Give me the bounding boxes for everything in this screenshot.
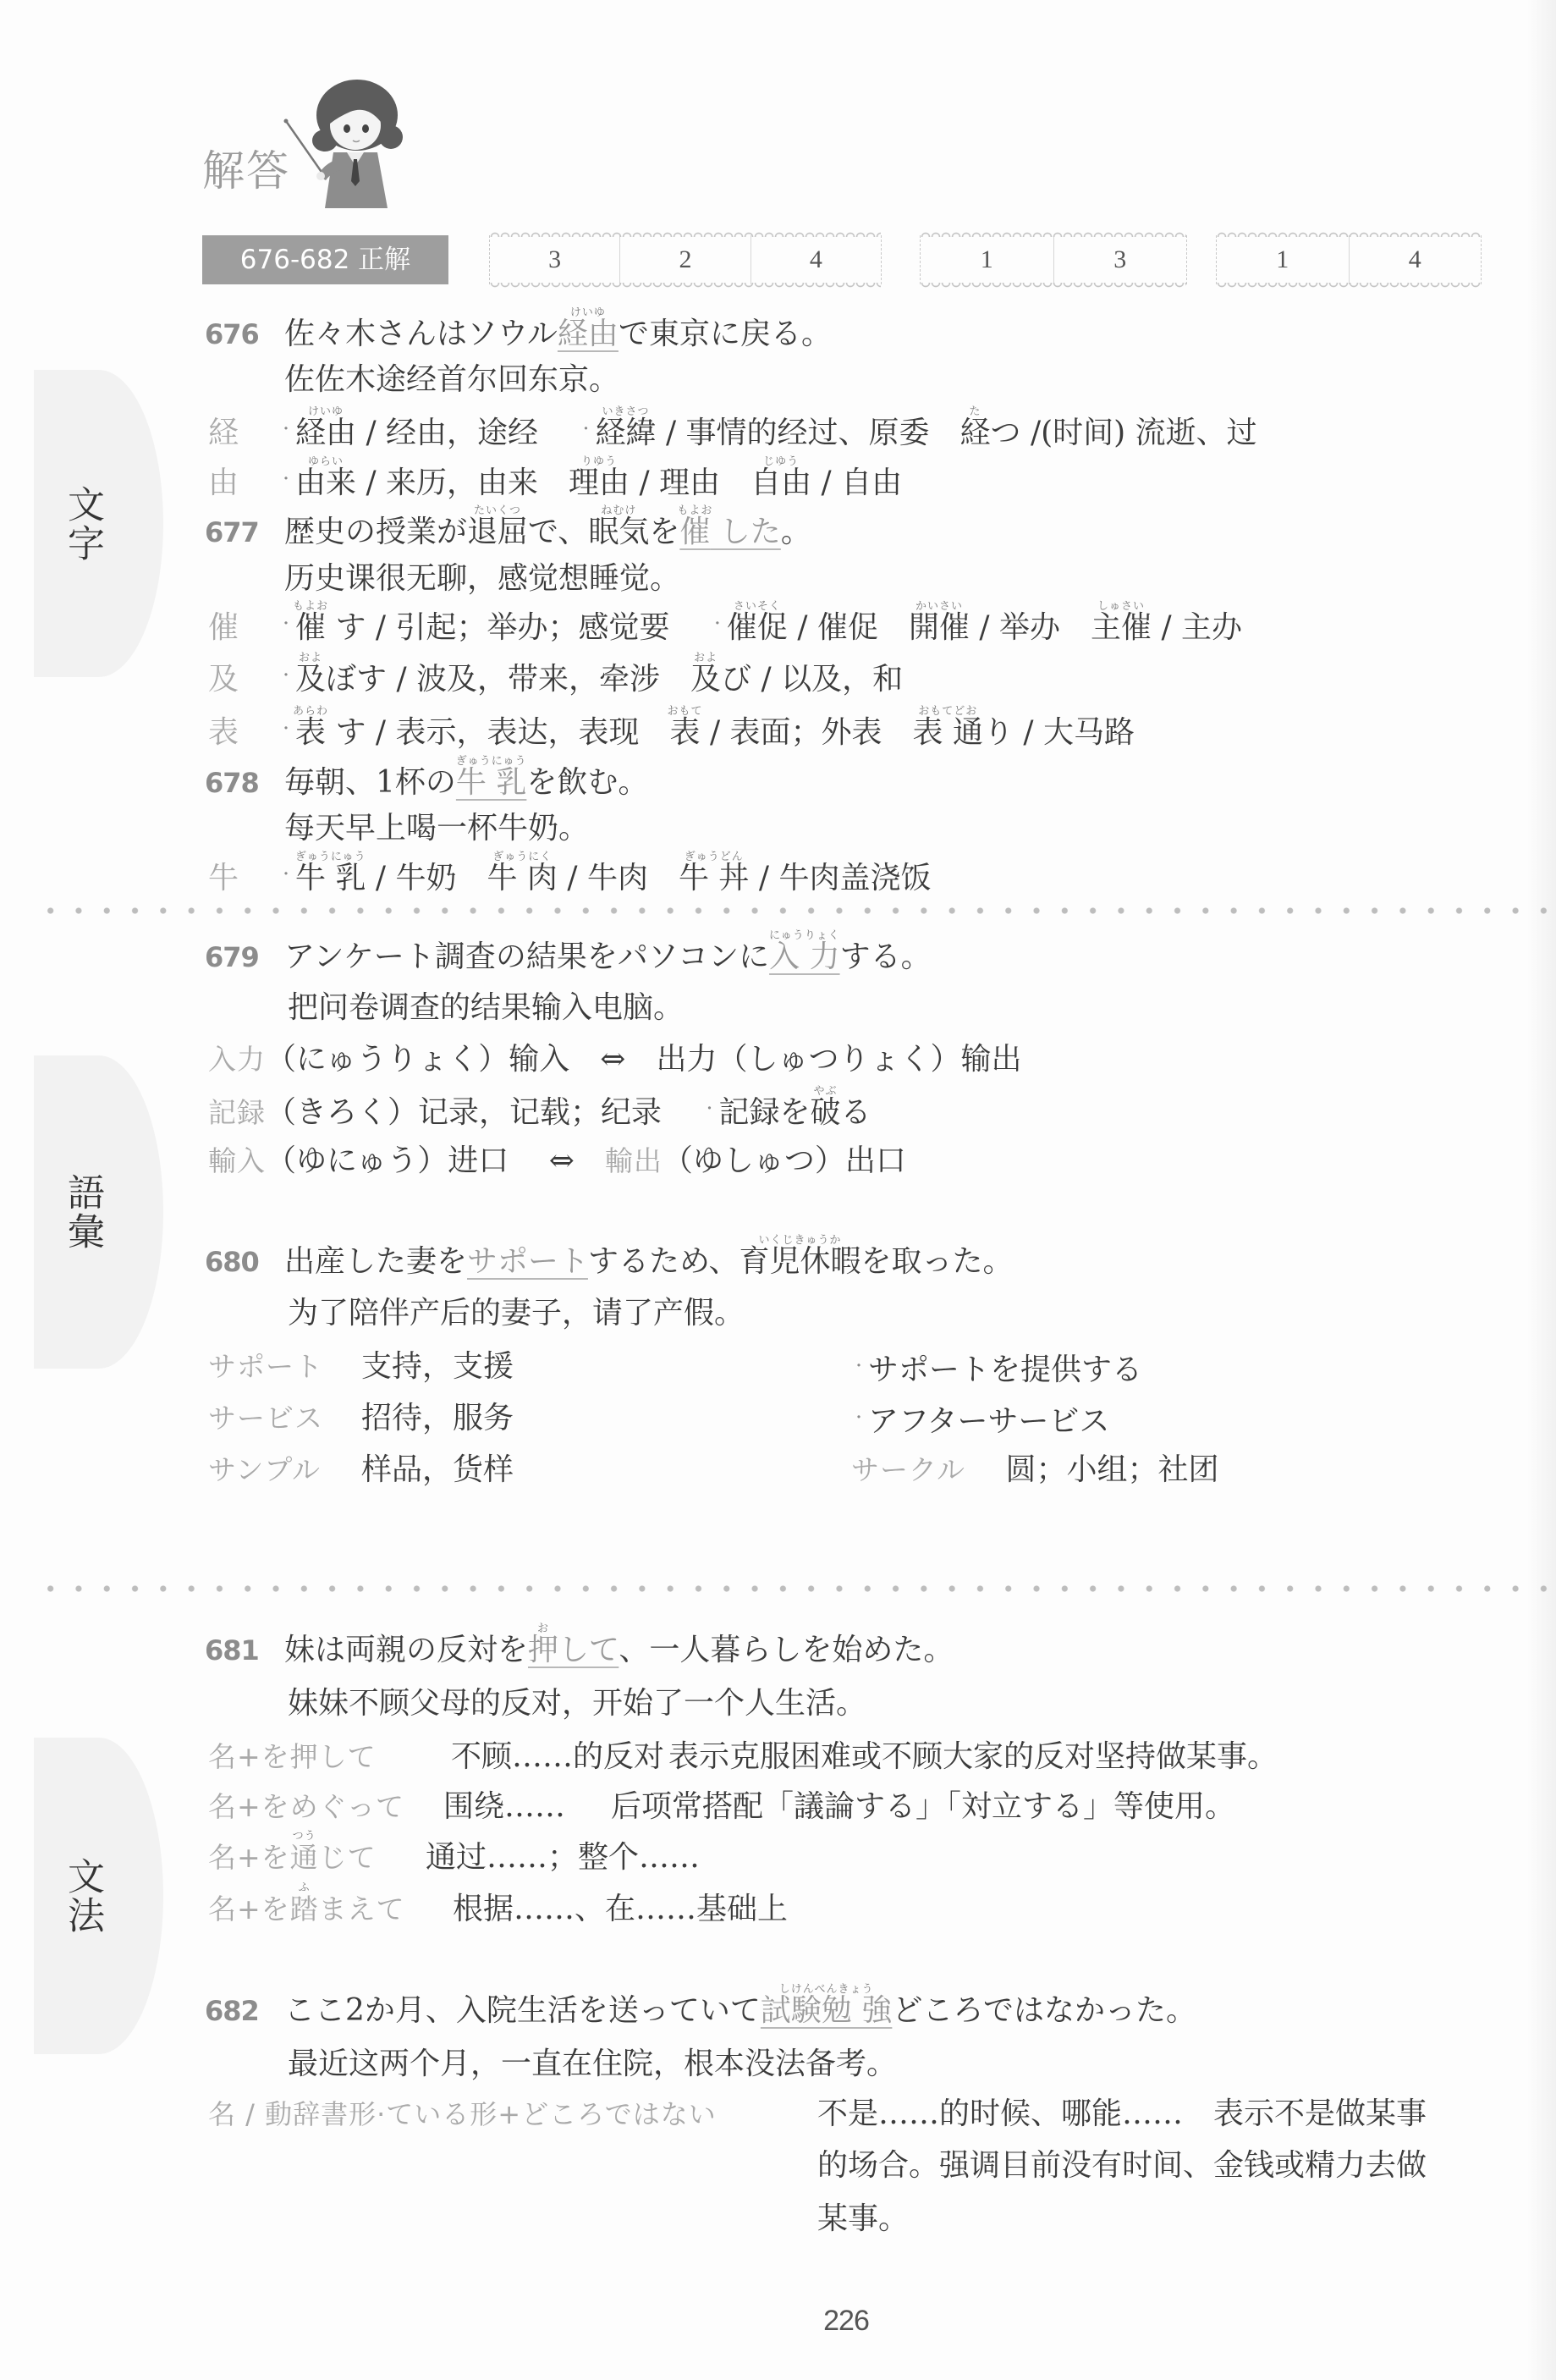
kanji-note-items: ・催もよお す / 引起；举办；感觉要 ・催促さいそく / 催促 開催かいさい …	[278, 610, 1242, 645]
grammar-pattern: 名+を通つうじて	[208, 1837, 377, 1879]
text-run: / 牛肉	[558, 861, 679, 895]
text-run: / 主办	[1152, 610, 1242, 645]
kanji-note-row: 表・表あらわ す / 表示，表达，表现 表おもて / 表面；外表 表 通おもてど…	[208, 708, 1135, 751]
furigana: おもてどお	[896, 706, 1000, 718]
translation: 最近这两个月，一直在住院，根本没法备考。	[288, 2043, 897, 2085]
side-tab-bunpou: 文法	[34, 1738, 163, 2054]
answer-cell: 4	[751, 235, 881, 284]
word: 催促さいそく	[727, 607, 788, 649]
word: 開催かいさい	[909, 607, 970, 649]
bullet-dot-icon: ・	[851, 1409, 866, 1427]
word: 経緯いきさつ	[595, 412, 656, 455]
target-word: 経由けいゆ	[558, 313, 619, 355]
ruby-base: 入 力	[769, 939, 839, 974]
question-number: 681	[205, 1629, 284, 1672]
vocab-row: サポート支持，支援	[208, 1346, 514, 1388]
bullet-dot-icon: ・	[278, 866, 294, 884]
word: 催もよお	[295, 607, 326, 649]
side-tab-goi: 語彙	[34, 1055, 163, 1369]
text-run: り / 大马路	[983, 715, 1135, 750]
text-run: を	[649, 515, 679, 549]
answer-group: 1 4	[1216, 235, 1482, 284]
page-edge-shadow	[1527, 0, 1556, 2380]
grammar-pattern: 名+を押して	[208, 1736, 377, 1778]
vocab-row: 記録（きろく）记录，记载；纪录 ・記録を破やぶる	[208, 1088, 871, 1131]
text-run: アンケート調査の結果をパソコンに	[284, 939, 769, 974]
vocab-label: サービス	[208, 1397, 361, 1440]
text-run: 、一人暮らしを始めた。	[619, 1633, 954, 1667]
question-number: 679	[205, 936, 284, 978]
ruby-base: 経緯	[595, 416, 656, 450]
text-run: / 催促	[788, 610, 909, 645]
text-run: す / 表示，表达，表现	[326, 715, 669, 750]
furigana: しゅさい	[1074, 601, 1168, 613]
question-sentence: 妹は両親の反対を押おして、一人暮らしを始めた。	[284, 1633, 954, 1667]
bullet-dot-icon: ・	[710, 615, 725, 633]
question-number: 680	[205, 1241, 284, 1283]
gray-label: 名+をめぐって	[208, 1790, 404, 1823]
answer-group: 3 2 4	[489, 235, 882, 284]
vocab-row: サンプル样品，货样	[208, 1449, 514, 1491]
answer-page: 解答 676-682 正解 3 2 4 1 3 1 4 文字 語彙 文法	[0, 0, 1556, 2380]
kanji-label: 及	[208, 658, 278, 701]
vocab-row: サービス招待，服务	[208, 1397, 514, 1440]
vocab-example: サークル 圆；小组；社团	[851, 1449, 1218, 1491]
text-run: （ゆしゅつ）出口	[663, 1143, 906, 1178]
translation: 妹妹不顾父母的反对，开始了一个人生活。	[288, 1683, 866, 1725]
bullet-dot-icon: ・	[278, 471, 294, 488]
text-run: / 事情的经过、原委	[657, 416, 960, 450]
word: 由来ゆらい	[295, 462, 356, 504]
question-sentence: 毎朝、1杯の牛 乳ぎゅうにゅうを飲む。	[284, 765, 648, 800]
text-run: （きろく）记录，记载；纪录	[266, 1095, 701, 1130]
target-word: 催もよお	[679, 511, 710, 554]
ruby-base: 催	[295, 610, 326, 645]
answer-cell: 1	[1217, 235, 1349, 284]
ruby-base: 経由	[558, 317, 619, 351]
vocab-row: 輸入（ゆにゅう）进口 ⇔ 輸出（ゆしゅつ）出口	[208, 1140, 906, 1182]
ruby-base: 牛 肉	[487, 861, 557, 895]
vocab-label: サポート	[208, 1346, 361, 1388]
target-word: した	[710, 515, 780, 549]
text-run: （ゆにゅう）进口 ⇔	[266, 1143, 605, 1178]
furigana: かいさい	[892, 601, 987, 613]
question-row: 679アンケート調査の結果をパソコンに入 力にゅうりょくする。	[205, 936, 932, 978]
furigana: ふ	[273, 1882, 336, 1894]
question-row: 682ここ2か月、入院生活を送っていて試験勉 強しけんべんきょうどころではなかっ…	[205, 1990, 1196, 2032]
translation: 佐佐木途经首尔回东京。	[284, 359, 619, 401]
text-run: ぼす / 波及，带来，牵涉	[326, 662, 690, 697]
ruby-base: 自由	[751, 466, 811, 500]
text-run: 記録を	[718, 1095, 810, 1130]
word: 経た	[960, 412, 991, 455]
ruby-base: 理由	[569, 466, 630, 500]
question-row: 681妹は両親の反対を押おして、一人暮らしを始めた。	[205, 1629, 954, 1672]
text-run: で、	[528, 515, 588, 549]
ruby-base: 主催	[1091, 610, 1152, 645]
kanji-note-items: ・表あらわ す / 表示，表达，表现 表おもて / 表面；外表 表 通おもてどお…	[278, 715, 1135, 750]
text-run: アフターサービス	[868, 1404, 1109, 1439]
furigana: あらわ	[278, 706, 343, 718]
gray-label: 踏ふ	[290, 1888, 319, 1931]
ruby-base: 催	[679, 515, 710, 549]
text-run: するため、	[588, 1244, 740, 1279]
kanji-note-row: 牛・牛 乳ぎゅうにゅう / 牛奶 牛 肉ぎゅうにく / 牛肉 牛 丼ぎゅうどん …	[208, 854, 931, 896]
side-tab-label: 語彙	[63, 1173, 102, 1251]
ruby-base: 表	[669, 715, 700, 750]
grammar-meaning: 围绕……	[443, 1786, 565, 1828]
furigana: やぶ	[793, 1086, 857, 1098]
ruby-base: 退屈	[467, 515, 528, 549]
furigana: けいゆ	[541, 307, 635, 319]
grammar-note: 后项常搭配「議論する」「対立する」等使用。	[611, 1786, 1235, 1828]
furigana: ぎゅうにく	[470, 851, 574, 863]
furigana: た	[943, 406, 1008, 418]
grammar-explanation-line: 某事。	[817, 2198, 909, 2240]
text-run: サポートを提供する	[868, 1353, 1142, 1387]
answer-cell: 1	[921, 235, 1053, 284]
word: 及およ	[690, 658, 721, 701]
target-word: 入 力にゅうりょく	[769, 936, 839, 978]
bullet-dot-icon: ・	[578, 421, 593, 438]
word: 表 通おもてどお	[913, 712, 983, 754]
target-word: サポート	[467, 1244, 588, 1279]
question-number: 676	[205, 313, 284, 355]
text-run: す / 引起；举办；感觉要	[326, 610, 710, 645]
text-run: / 表面；外表	[701, 715, 913, 750]
kanji-label: 由	[208, 462, 278, 504]
kanji-label: 経	[208, 412, 278, 455]
bullet-dot-icon: ・	[701, 1100, 717, 1118]
vocab-example: ・サポートを提供する	[851, 1346, 1142, 1388]
translation: 为了陪伴产后的妻子，请了产假。	[288, 1292, 745, 1335]
ruby-base: 牛 乳	[295, 861, 366, 895]
word: 理由りゆう	[569, 462, 630, 504]
section-divider	[36, 907, 1556, 914]
answer-cell: 3	[1053, 235, 1187, 284]
furigana: じゆう	[734, 456, 828, 468]
kanji-note-items: ・経由けいゆ / 经由，途经 ・経緯いきさつ / 事情的经过、原委 経たつ /(…	[278, 416, 1257, 450]
furigana: たいくつ	[450, 505, 545, 517]
text-run: / 牛奶	[366, 861, 487, 895]
furigana: おもて	[652, 706, 717, 718]
word: 退屈たいくつ	[467, 511, 528, 554]
word: 眠気ねむけ	[588, 511, 649, 554]
kanji-note-items: ・牛 乳ぎゅうにゅう / 牛奶 牛 肉ぎゅうにく / 牛肉 牛 丼ぎゅうどん /…	[278, 861, 931, 895]
gray-label: じて	[319, 1841, 377, 1874]
gray-label: 名+を	[208, 1841, 290, 1874]
question-number: 677	[205, 511, 284, 554]
furigana: つう	[273, 1831, 336, 1843]
vocab-label: サンプル	[208, 1449, 361, 1491]
furigana: もよお	[663, 505, 727, 517]
translation: 每天早上喝一杯牛奶。	[284, 807, 589, 850]
kanji-note-items: ・及およぼす / 波及，带来，牵涉 及および / 以及，和	[278, 662, 903, 697]
section-divider	[36, 1585, 1556, 1592]
page-title: 解答	[202, 144, 290, 198]
kanji-label: 催	[208, 607, 278, 649]
ruby-base: 踏	[290, 1892, 319, 1925]
answer-cell: 3	[490, 235, 619, 284]
grammar-pattern: 名 / 動辞書形·ている形+どころではない	[208, 2093, 717, 2135]
target-word: 試験勉 強しけんべんきょう	[761, 1990, 892, 2032]
word: 表あらわ	[295, 712, 326, 754]
furigana: いきさつ	[578, 406, 673, 418]
furigana: ぎゅうにゅう	[439, 756, 543, 768]
ruby-base: 経由	[295, 416, 356, 450]
word: 破やぶ	[810, 1092, 840, 1134]
furigana: およ	[674, 653, 738, 664]
text-run: 。	[781, 515, 811, 549]
ruby-base: 由来	[295, 466, 356, 500]
text-run: 出産した妻を	[284, 1244, 467, 1279]
furigana: いくじきゅうか	[723, 1235, 878, 1247]
bullet-dot-icon: ・	[278, 667, 294, 685]
question-row: 677歴史の授業が退屈たいくつで、眠気ねむけを催もよお した。	[205, 511, 811, 554]
ruby-base: 牛 丼	[679, 861, 749, 895]
word: 自由じゆう	[751, 462, 811, 504]
grammar-pattern: 名+を踏ふまえて	[208, 1888, 405, 1931]
grammar-meaning: 根据……、在……基础上	[453, 1888, 788, 1931]
question-number: 682	[205, 1990, 284, 2032]
word: 主催しゅさい	[1091, 607, 1152, 649]
bullet-dot-icon: ・	[278, 720, 294, 738]
furigana: およ	[278, 653, 343, 664]
gray-label: 名+を	[208, 1892, 290, 1925]
furigana: ぎゅうにゅう	[278, 851, 382, 863]
word: 育児休暇いくじきゅうか	[740, 1241, 861, 1283]
question-sentence: ここ2か月、入院生活を送っていて試験勉 強しけんべんきょうどころではなかった。	[284, 1993, 1196, 2028]
text-run: る	[840, 1095, 871, 1130]
question-sentence: アンケート調査の結果をパソコンに入 力にゅうりょくする。	[284, 939, 932, 974]
furigana: しけんべんきょう	[744, 1984, 909, 1996]
question-number: 678	[205, 762, 284, 804]
furigana: にゅうりょく	[752, 930, 856, 942]
text-run: どころではなかった。	[892, 1993, 1196, 2028]
ruby-base: 牛 乳	[456, 765, 526, 800]
text-run: 毎朝、1杯の	[284, 765, 456, 800]
furigana: ねむけ	[571, 505, 666, 517]
ruby-base: 通	[290, 1841, 319, 1874]
text-run: / 来历，由来	[356, 466, 569, 500]
side-tab-label: 文法	[63, 1857, 102, 1935]
bullet-dot-icon: ・	[851, 1358, 866, 1375]
grammar-explanation-line: 的场合。强调目前没有时间、金钱或精力去做	[817, 2145, 1427, 2187]
ruby-base: 開催	[909, 610, 970, 645]
text-run: ここ2か月、入院生活を送っていて	[284, 1993, 761, 2028]
text-run: 歴史の授業が	[284, 515, 467, 549]
vocab-example: ・アフターサービス	[851, 1397, 1109, 1440]
text-run: 佐々木さんはソウル	[284, 317, 558, 351]
text-run: / 牛肉盖浇饭	[749, 861, 931, 895]
question-row: 676佐々木さんはソウル経由けいゆで東京に戻る。	[205, 313, 832, 355]
kanji-label: 牛	[208, 857, 278, 900]
text-run: び / 以及，和	[721, 662, 903, 697]
gray-label: 輸出	[605, 1144, 663, 1177]
furigana: もよお	[278, 601, 343, 613]
vocab-definition: 招待，服务	[361, 1401, 514, 1435]
word: 経由けいゆ	[295, 412, 356, 455]
gray-label: 記録	[208, 1096, 266, 1129]
question-sentence: 歴史の授業が退屈たいくつで、眠気ねむけを催もよお した。	[284, 515, 811, 549]
kanji-note-row: 及・及およぼす / 波及，带来，牵涉 及および / 以及，和	[208, 655, 903, 697]
question-row: 680出産した妻をサポートするため、育児休暇いくじきゅうかを取った。	[205, 1241, 1014, 1283]
target-word: して	[558, 1633, 619, 1667]
furigana: りゆう	[552, 456, 646, 468]
target-word: 押お	[528, 1629, 558, 1672]
vocab-definition: 样品，货样	[361, 1452, 514, 1487]
text-run: で東京に戻る。	[619, 317, 832, 351]
gray-label: サークル	[851, 1453, 965, 1486]
answer-cell: 4	[1349, 235, 1482, 284]
gray-label: まえて	[319, 1892, 405, 1925]
furigana: ゆらい	[278, 456, 373, 468]
bullet-dot-icon: ・	[278, 421, 294, 438]
teacher-girl-illustration-icon	[279, 74, 406, 210]
word: 表おもて	[669, 712, 700, 754]
furigana: お	[511, 1623, 575, 1635]
ruby-base: 表 通	[913, 715, 983, 750]
kanji-note-row: 由・由来ゆらい / 来历，由来 理由りゆう / 理由 自由じゆう / 自由	[208, 459, 902, 501]
word: 牛 肉ぎゅうにく	[487, 857, 557, 900]
gray-label: 輸入	[208, 1144, 266, 1177]
word: 及およ	[295, 658, 326, 701]
page-number: 226	[804, 2302, 888, 2339]
text-run: / 理由	[630, 466, 751, 500]
target-word: 牛 乳ぎゅうにゅう	[456, 762, 526, 804]
kanji-note-items: ・由来ゆらい / 来历，由来 理由りゆう / 理由 自由じゆう / 自由	[278, 466, 902, 500]
vocab-definition: 支持，支援	[361, 1349, 514, 1384]
side-tab-label: 文字	[63, 485, 102, 563]
word: 牛 丼ぎゅうどん	[679, 857, 749, 900]
text-run: を飲む。	[526, 765, 648, 800]
vocab-row: 入力（にゅうりょく）输入 ⇔ 出力（しゅつりょく）输出	[208, 1038, 1021, 1081]
word: 牛 乳ぎゅうにゅう	[295, 857, 366, 900]
gray-label: 名+を押して	[208, 1740, 377, 1773]
text-run: を取った。	[861, 1244, 1014, 1279]
ruby-base: 試験勉 強	[761, 1993, 892, 2028]
answer-key-label: 676-682 正解	[202, 235, 448, 284]
answer-cell: 2	[619, 235, 750, 284]
ruby-base: 催促	[727, 610, 788, 645]
furigana: けいゆ	[278, 406, 373, 418]
question-sentence: 佐々木さんはソウル経由けいゆで東京に戻る。	[284, 317, 832, 351]
ruby-base: 押	[528, 1633, 558, 1667]
grammar-note: 表示克服困难或不顾大家的反对坚持做某事。	[668, 1736, 1278, 1778]
gray-label: 入力	[208, 1043, 266, 1076]
ruby-base: 及	[690, 662, 721, 697]
furigana: さいそく	[710, 601, 805, 613]
text-run: 圆；小组；社团	[965, 1452, 1218, 1487]
question-row: 678毎朝、1杯の牛 乳ぎゅうにゅうを飲む。	[205, 762, 648, 804]
question-sentence: 出産した妻をサポートするため、育児休暇いくじきゅうかを取った。	[284, 1244, 1014, 1279]
kanji-label: 表	[208, 712, 278, 754]
grammar-meaning: 通过……；整个……	[426, 1837, 700, 1879]
grammar-meaning: 不顾……的反对	[451, 1736, 664, 1778]
grammar-pattern: 名+をめぐって	[208, 1786, 404, 1828]
kanji-note-row: 経・経由けいゆ / 经由，途经 ・経緯いきさつ / 事情的经过、原委 経たつ /…	[208, 409, 1257, 451]
ruby-base: 破	[810, 1095, 840, 1130]
text-run: 妹は両親の反対を	[284, 1633, 528, 1667]
ruby-base: 眠気	[588, 515, 649, 549]
furigana: ぎゅうどん	[662, 851, 766, 863]
text-run: する。	[840, 939, 932, 974]
ruby-base: 育児休暇	[740, 1244, 861, 1279]
kanji-note-row: 催・催もよお す / 引起；举办；感觉要 ・催促さいそく / 催促 開催かいさい…	[208, 603, 1242, 646]
translation: 把问卷调查的结果输入电脑。	[288, 987, 684, 1029]
translation: 历史课很无聊，感觉想睡觉。	[284, 558, 680, 600]
gray-label: 通つう	[290, 1837, 319, 1879]
answer-group: 1 3	[920, 235, 1187, 284]
ruby-base: 及	[295, 662, 326, 697]
ruby-base: 経	[960, 416, 991, 450]
text-run: / 举办	[970, 610, 1091, 645]
text-run: つ /(时间) 流逝、过	[991, 416, 1257, 450]
grammar-explanation-line: 不是……的时候、哪能…… 表示不是做某事	[817, 2093, 1427, 2135]
text-run: （にゅうりょく）输入 ⇔ 出力（しゅつりょく）输出	[266, 1042, 1021, 1077]
text-run: / 自由	[811, 466, 902, 500]
ruby-base: 表	[295, 715, 326, 750]
text-run: / 经由，途经	[356, 416, 578, 450]
bullet-dot-icon: ・	[278, 615, 294, 633]
side-tab-moji: 文字	[34, 370, 163, 677]
